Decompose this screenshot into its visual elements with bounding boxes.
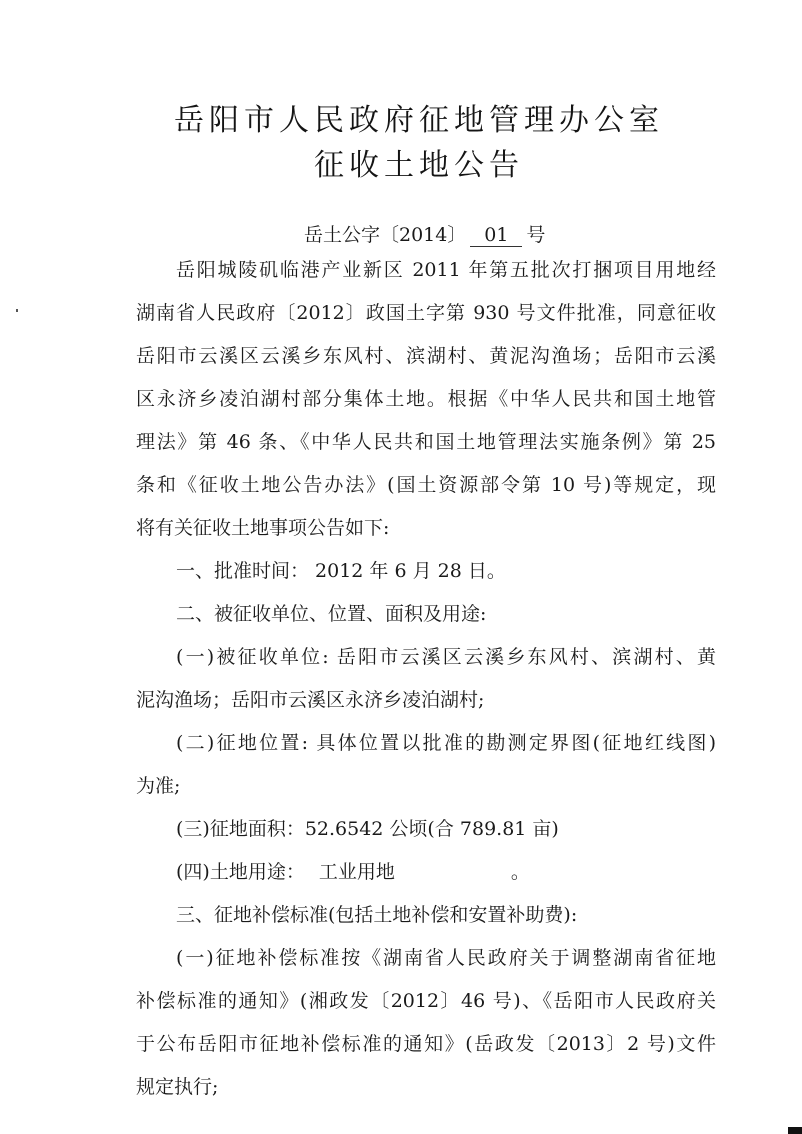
intro-line: 条和《征收土地公告办法》(国土资源部令第 10 号)等规定，现	[136, 473, 716, 497]
expropriation-location-line: (二)征地位置: 具体位置以批准的勘测定界图(征地红线图)	[176, 731, 716, 755]
compensation-standard-line: (一)征地补偿标准按《湖南省人民政府关于调整湖南省征地	[176, 946, 716, 970]
land-use-value: 工业用地	[319, 861, 395, 883]
expropriation-location-line: 为准;	[136, 774, 180, 798]
expropriation-area: (三)征地面积：52.6542 公顷(合 789.81 亩)	[176, 817, 559, 841]
scan-edge-mark	[788, 1127, 802, 1134]
intro-line: 岳阳城陵矶临港产业新区 2011 年第五批次打捆项目用地经	[176, 258, 716, 282]
intro-line: 区永济乡凌泊湖村部分集体土地。根据《中华人民共和国土地管	[136, 387, 716, 411]
intro-line: 湖南省人民政府〔2012〕政国土字第 930 号文件批准，同意征收	[136, 301, 716, 325]
compensation-standard-line: 于公布岳阳市征地补偿标准的通知》(岳政发〔2013〕2 号)文件	[136, 1032, 716, 1056]
section-approval-date: 一、批准时间： 2012 年 6 月 28 日。	[176, 559, 506, 583]
document-number-prefix: 岳土公字〔2014〕	[304, 224, 466, 246]
scan-speck	[16, 309, 18, 312]
land-use-label: (四)土地用途：	[176, 861, 305, 883]
document-title-notice: 征收土地公告	[18, 140, 802, 184]
land-use: (四)土地用途：工业用地。	[176, 860, 530, 884]
intro-line: 将有关征收土地事项公告如下:	[136, 516, 389, 540]
section-compensation-heading: 三、征地补偿标准(包括土地补偿和安置补助费):	[176, 903, 577, 927]
document-number: 岳土公字〔2014〕01号	[304, 220, 545, 247]
document-number-value: 01	[470, 224, 522, 247]
scanned-document-page: 岳阳市人民政府征地管理办公室 征收土地公告 岳土公字〔2014〕01号 岳阳城陵…	[0, 0, 802, 1134]
compensation-standard-line: 规定执行;	[136, 1075, 218, 1099]
land-use-period: 。	[511, 861, 530, 883]
document-number-suffix: 号	[526, 224, 545, 246]
compensation-standard-line: 补偿标准的通知》(湘政发〔2012〕46 号)、《岳阳市人民政府关	[136, 989, 716, 1013]
intro-line: 岳阳市云溪区云溪乡东风村、滨湖村、黄泥沟渔场；岳阳市云溪	[136, 344, 716, 368]
section-expropriated-units-heading: 二、被征收单位、位置、面积及用途:	[176, 602, 486, 626]
document-title-issuer: 岳阳市人民政府征地管理办公室	[18, 95, 802, 139]
expropriated-units-line: (一)被征收单位: 岳阳市云溪区云溪乡东风村、滨湖村、黄	[176, 645, 716, 669]
expropriated-units-line: 泥沟渔场；岳阳市云溪区永济乡凌泊湖村;	[136, 688, 484, 712]
intro-line: 理法》第 46 条、《中华人民共和国土地管理法实施条例》第 25	[136, 430, 716, 454]
